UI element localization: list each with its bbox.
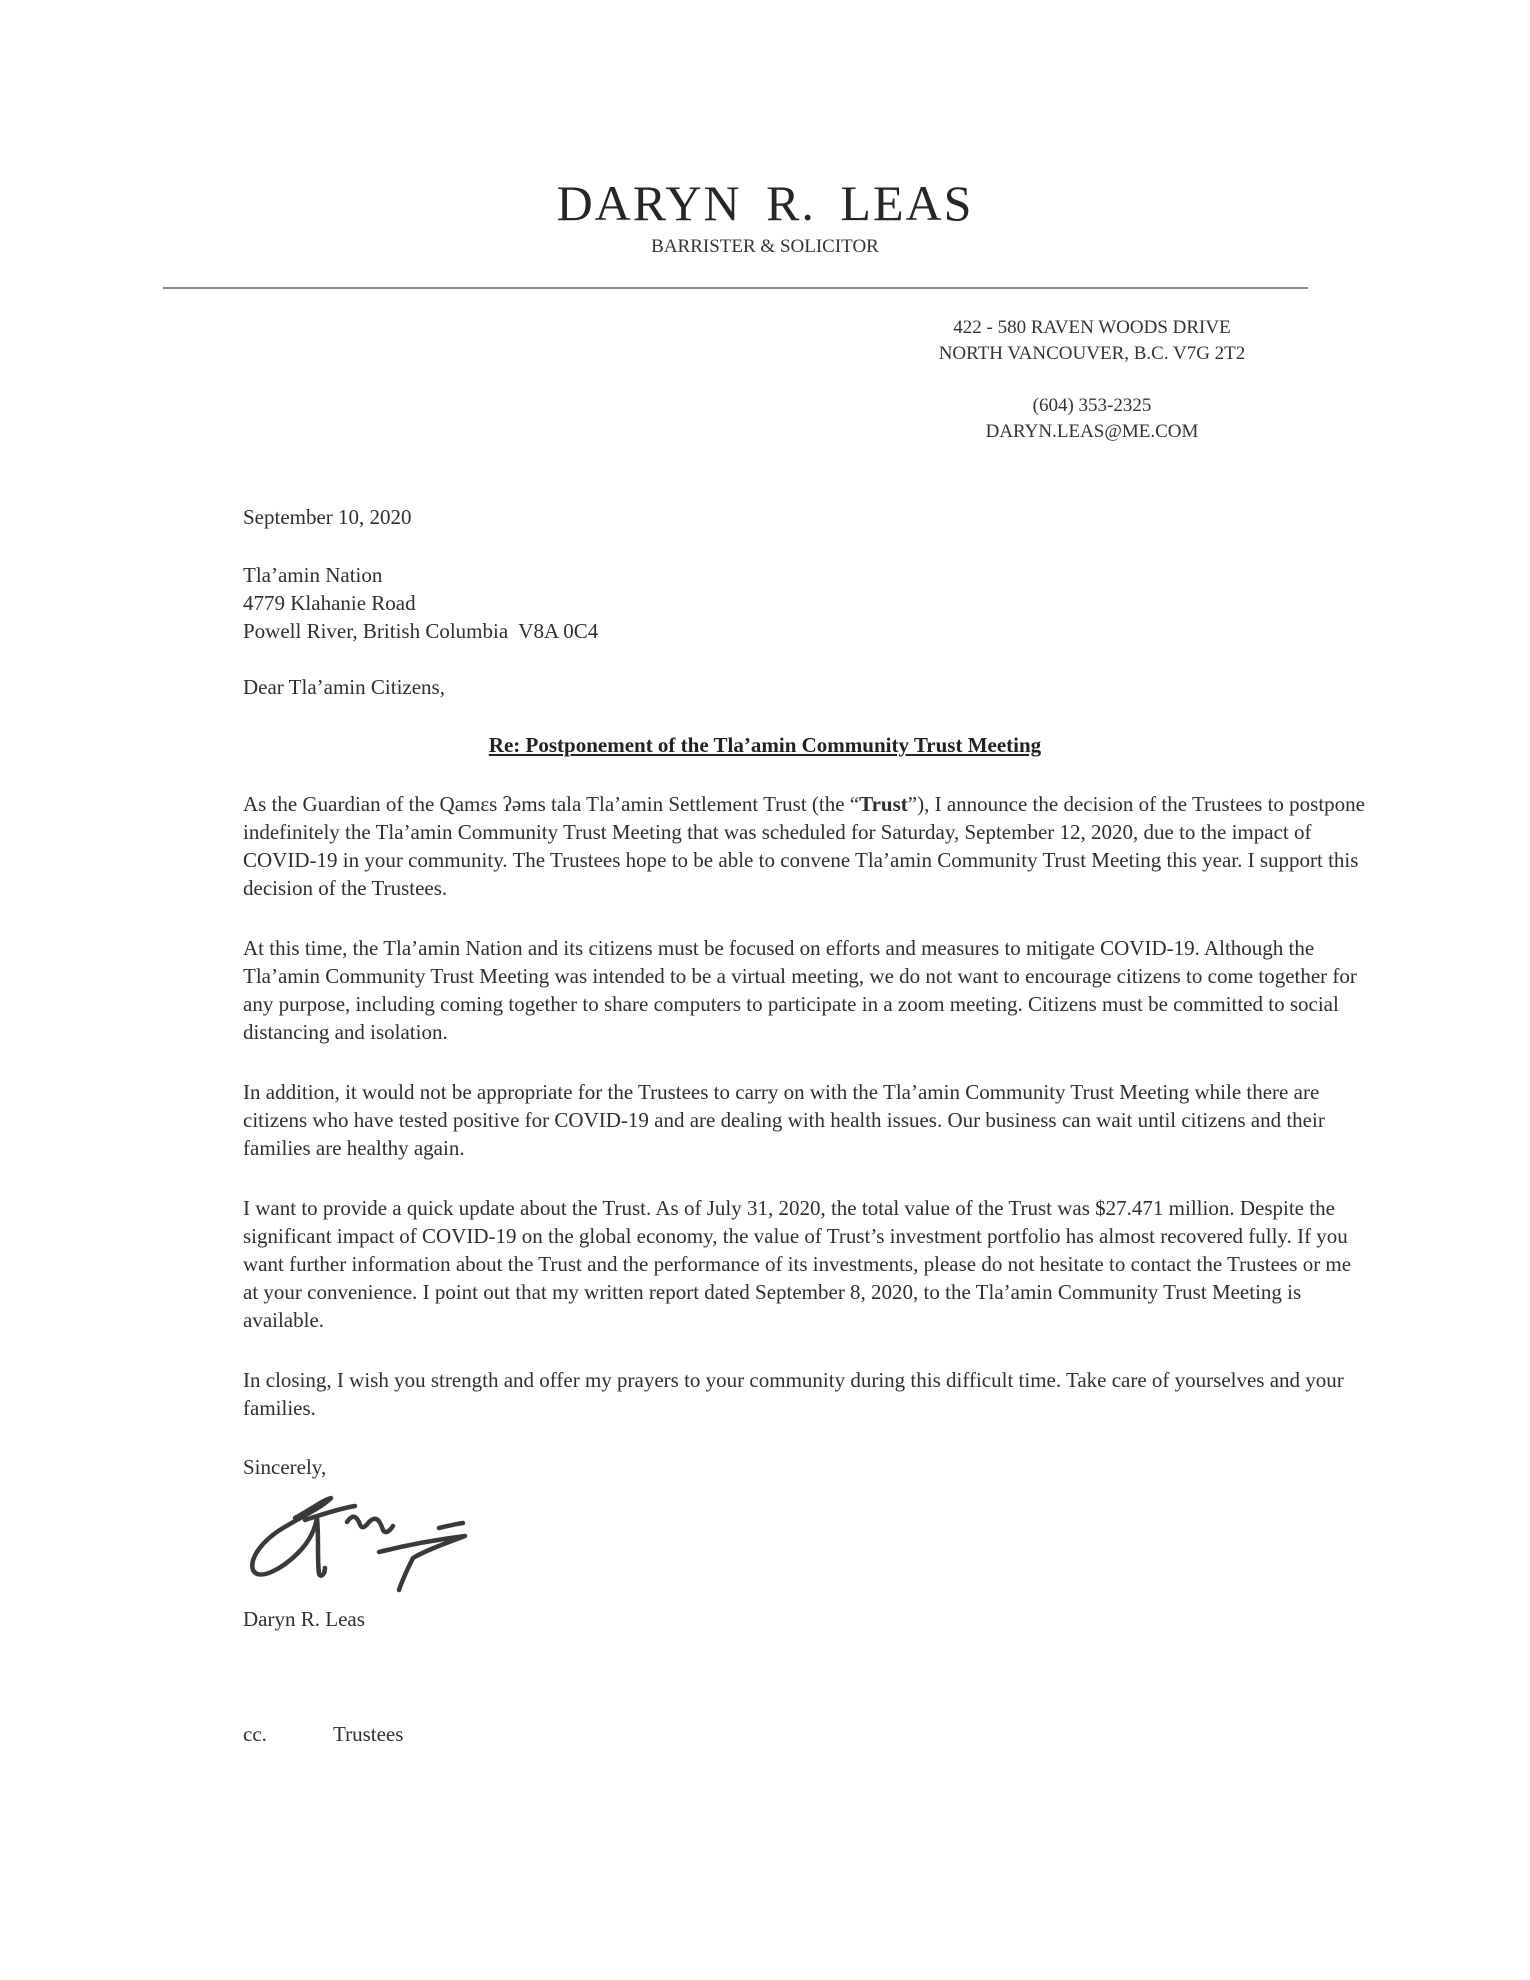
- sender-address-line1: 422 - 580 RAVEN WOODS DRIVE: [882, 315, 1302, 341]
- sender-address: 422 - 580 RAVEN WOODS DRIVE NORTH VANCOU…: [882, 315, 1302, 367]
- paragraph-1-start: As the Guardian of the Qamɛs ʔəms tala T…: [243, 792, 859, 816]
- closing: Sincerely,: [243, 1453, 1368, 1481]
- recipient-name: Tla’amin Nation: [243, 561, 1363, 589]
- sender-email: DARYN.LEAS@ME.COM: [882, 419, 1302, 445]
- cc-label: cc.: [243, 1720, 333, 1748]
- letterhead-divider: [163, 287, 1308, 289]
- cc-row: cc.Trustees: [243, 1720, 403, 1748]
- paragraph-5: In closing, I wish you strength and offe…: [243, 1366, 1368, 1422]
- paragraph-3: In addition, it would not be appropriate…: [243, 1078, 1368, 1162]
- sender-contact: (604) 353-2325 DARYN.LEAS@ME.COM: [882, 393, 1302, 445]
- signer-name: Daryn R. Leas: [243, 1605, 1368, 1633]
- subject-line: Re: Postponement of the Tla’amin Communi…: [0, 731, 1530, 759]
- paragraph-1: As the Guardian of the Qamɛs ʔəms tala T…: [243, 790, 1368, 902]
- letterhead-name: DARYN R. LEAS: [0, 178, 1530, 228]
- letter-date: September 10, 2020: [243, 503, 1363, 531]
- recipient-street: 4779 Klahanie Road: [243, 589, 1363, 617]
- handwritten-signature-icon: [243, 1478, 473, 1598]
- salutation: Dear Tla’amin Citizens,: [243, 673, 1363, 701]
- sender-address-line2: NORTH VANCOUVER, B.C. V7G 2T2: [882, 341, 1302, 367]
- recipient-city: Powell River, British Columbia V8A 0C4: [243, 617, 1363, 645]
- paragraph-2: At this time, the Tla’amin Nation and it…: [243, 934, 1368, 1046]
- letterhead-title: BARRISTER & SOLICITOR: [0, 237, 1530, 256]
- trust-defined-term: Trust: [859, 792, 908, 816]
- cc-recipients: Trustees: [333, 1722, 403, 1746]
- sender-phone: (604) 353-2325: [882, 393, 1302, 419]
- paragraph-4: I want to provide a quick update about t…: [243, 1194, 1368, 1334]
- recipient-address: Tla’amin Nation 4779 Klahanie Road Powel…: [243, 561, 1363, 645]
